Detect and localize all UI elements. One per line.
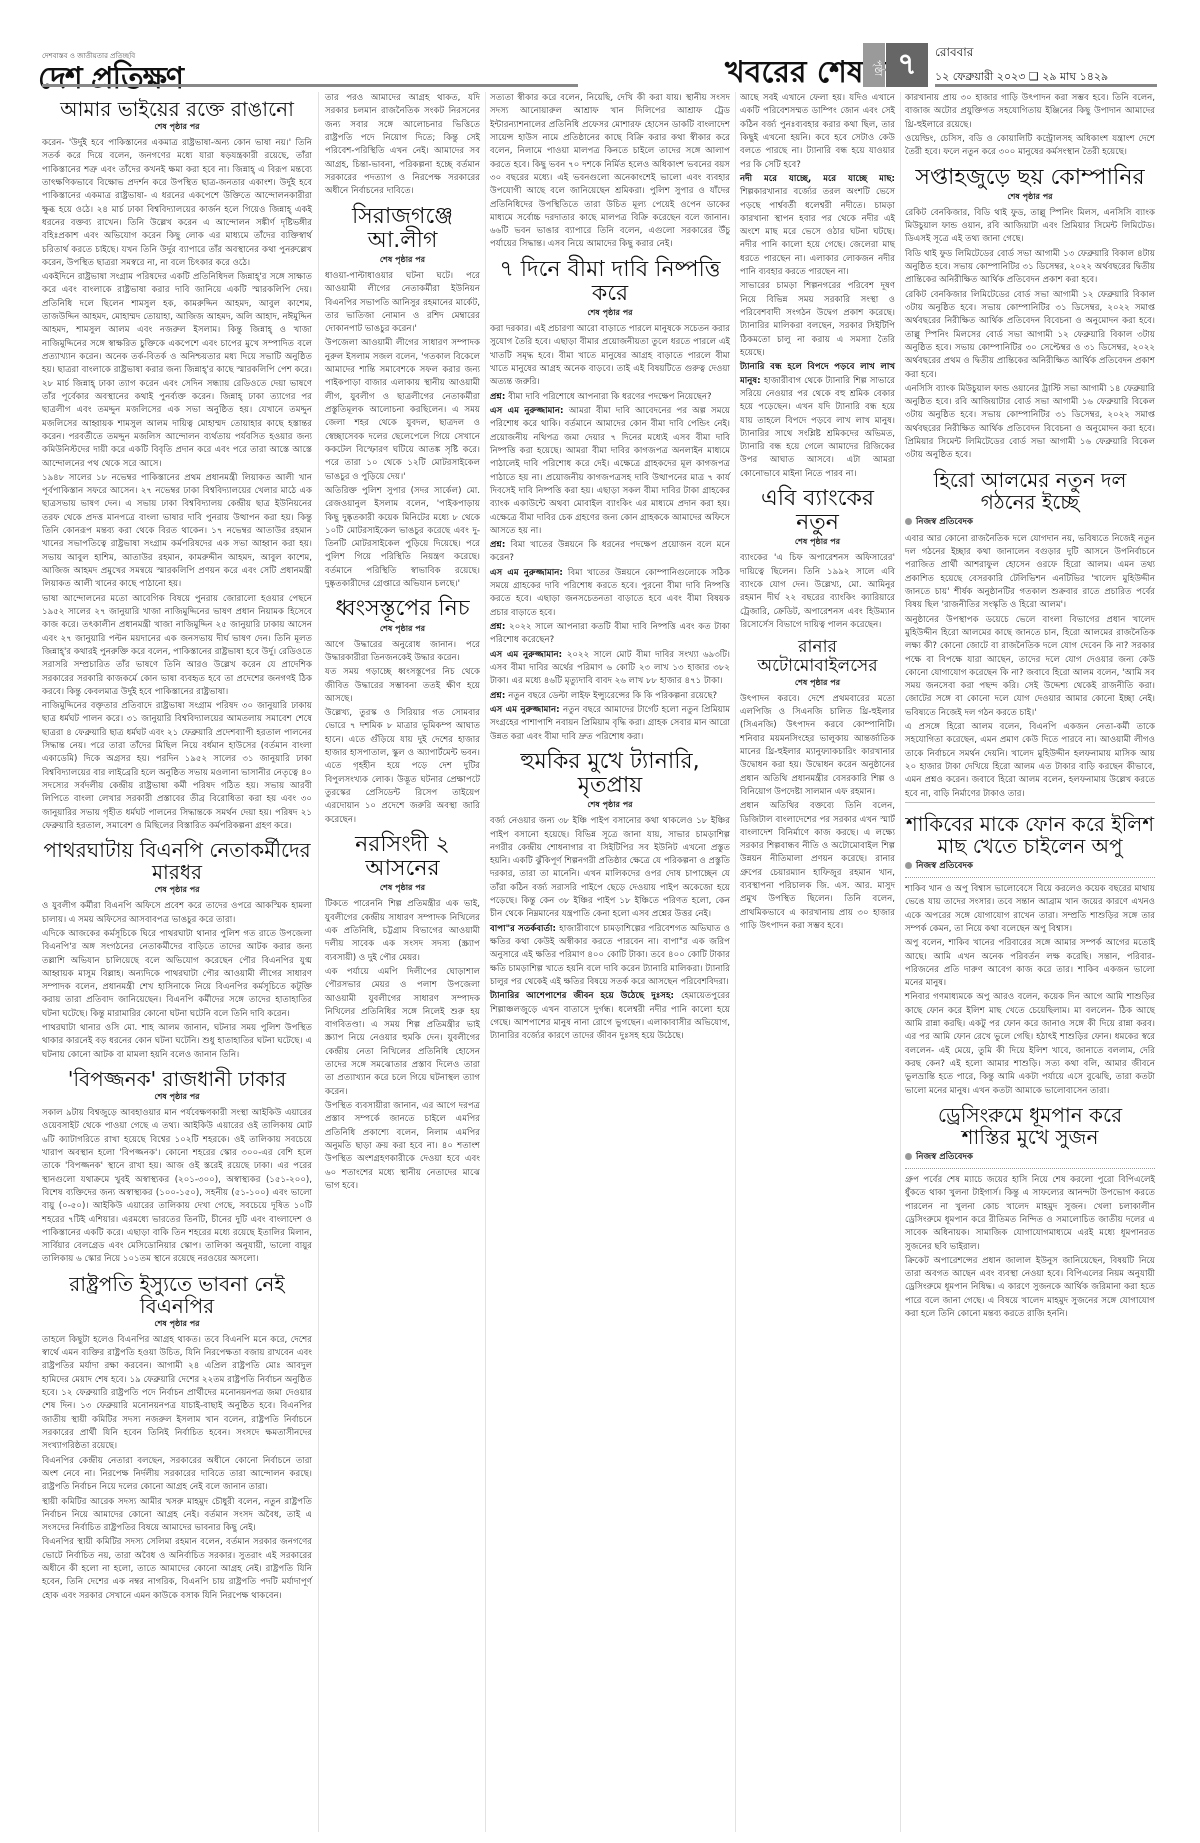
column-5: কারখানায় প্রায় ৩০ হাজার গাড়ি উৎপাদন ক… <box>905 92 1155 1322</box>
paragraph: বিডি থাই ফুড লিমিটেডের বোর্ড সভা আগামী ১… <box>905 248 1155 288</box>
article-body: গ্রুপ পর্বের শেষ ম্যাচে জয়ের হাসি নিয়ে… <box>905 1174 1155 1321</box>
paragraph: বিএনপির স্থায়ী কমিটির সদস্য সেলিমা রহমা… <box>42 1536 312 1603</box>
column-divider <box>318 92 319 1832</box>
paragraph: এস এম নুরুজ্জামান: ২০২২ সালে মোট বীমা দা… <box>490 649 730 689</box>
continued-label: শেষ পৃষ্ঠার পর <box>42 121 312 134</box>
paragraph: শনিবার গণমাধ্যমকে অপু আরও বলেন, কয়েক দি… <box>905 991 1155 1098</box>
paragraph: এক পর্যায়ে এমপি দিলীপের ঘোড়াশাল পৌরসভা… <box>325 966 480 1099</box>
byline: নিজস্ব প্রতিবেদক <box>905 859 1155 873</box>
headline[interactable]: ধ্বংসস্তূপের নিচ <box>325 597 480 621</box>
paragraph: অনুষ্ঠানের উপস্থাপক ডয়েচে ভেলে বাংলা বি… <box>905 614 1155 721</box>
article-body: সত্যতা স্বীকার করে বলেন, নিয়েছি, দেখি ক… <box>490 92 730 252</box>
byline: নিজস্ব প্রতিবেদক <box>905 1150 1155 1164</box>
headline[interactable]: সপ্তাহজুড়ে ছয় কোম্পানির <box>905 166 1155 190</box>
paragraph: পাথরঘাটা থানার ওসি মো. শাহ আলম জানান, ঘট… <box>42 1022 312 1062</box>
column-3: সত্যতা স্বীকার করে বলেন, নিয়েছি, দেখি ক… <box>490 92 730 1045</box>
paragraph: একইদিনে রাষ্ট্রভাষা সংগ্রাম পরিষদের একটি… <box>42 271 312 471</box>
headline[interactable]: হিরো আলমের নতুন দল গঠনের ইচ্ছে <box>905 469 1155 513</box>
paragraph: প্রশ্ন: বিমা খাতের উন্নয়নে কি ধরনের পদক… <box>490 539 730 566</box>
column-divider <box>900 92 901 1832</box>
paragraph: আছে সবই এখানে ফেলা হয়। যদিও এখানে একটি … <box>740 92 895 172</box>
masthead: দেশবাস্তব ও জাতীয়তার প্রতিচ্ছবি দেশ প্র… <box>0 0 1200 86</box>
article-patharghata: পাথরঘাটায় বিএনপি নেতাকর্মীদের মারধর শেষ… <box>42 839 312 1062</box>
headline[interactable]: ড্রেসিংরুমে ধূমপান করে শাস্তির মুখে সুজন <box>905 1104 1155 1148</box>
paragraph: করা দরকার। এই প্রচারণা আরো বাড়াতে পারলে… <box>490 323 730 390</box>
headline[interactable]: রাষ্ট্রপতি ইস্যুতে ভাবনা নেই বিএনপির <box>42 1273 312 1317</box>
continued-label: শেষ পৃষ্ঠার পর <box>905 191 1155 204</box>
article-body: তার পরও আমাদের আগ্রহ থাকত, যদি সরকার চলম… <box>325 92 480 199</box>
headline[interactable]: সিরাজগঞ্জে আ.লীগ <box>325 205 480 253</box>
article-body: বর্জ্য নেওয়ার জন্য ৩৮ ইঞ্চি পাইপ বসানোর… <box>490 815 730 1043</box>
article-bipojjonok: 'বিপজ্জনক' রাজধানী ঢাকার শেষ পৃষ্ঠার পর … <box>42 1068 312 1267</box>
paragraph: গ্রুপ পর্বের শেষ ম্যাচে জয়ের হাসি নিয়ে… <box>905 1174 1155 1254</box>
paragraph: এস এম নুরুজ্জামান: আমরা বীমা দাবি আবেদনে… <box>490 405 730 538</box>
page-label: পৃষ্ঠা <box>863 43 885 87</box>
article-body: ব্যাংকের 'এ চিফ অপারেশনস অফিসারের' দায়ি… <box>740 552 895 632</box>
paragraph: শাকিব খান ও অপু বিশ্বাস ভালোবেসে বিয়ে ক… <box>905 883 1155 936</box>
article-body: শাকিব খান ও অপু বিশ্বাস ভালোবেসে বিয়ে ক… <box>905 883 1155 1098</box>
paragraph: আগে উদ্ধারের অনুরোধ জানান। পরে উদ্ধারকার… <box>325 639 480 666</box>
headline[interactable]: 'বিপজ্জনক' রাজধানী ঢাকার <box>42 1068 312 1090</box>
paragraph: কারখানায় প্রায় ৩০ হাজার গাড়ি উৎপাদন ক… <box>905 92 1155 132</box>
article-body: তাহলে কিছুটা হলেও বিএনপির আগ্রহ থাকত। তব… <box>42 1334 312 1603</box>
continued-label: শেষ পৃষ্ঠার পর <box>490 799 730 812</box>
byline-text: নিজস্ব প্রতিবেদক <box>916 1152 973 1162</box>
paragraph: স্থায়ী কমিটির আরেক সদস্য আমীর খসরু মাহম… <box>42 1496 312 1536</box>
byline-text: নিজস্ব প্রতিবেদক <box>916 861 973 871</box>
article-body: আছে সবই এখানে ফেলা হয়। যদিও এখানে একটি … <box>740 92 895 481</box>
headline[interactable]: ৭ দিনে বীমা দাবি নিষ্পত্তি করে <box>490 258 730 306</box>
continued-label: শেষ পৃষ্ঠার পর <box>740 536 895 549</box>
headline[interactable]: শাকিবের মাকে ফোন করে ইলিশ মাছ খেতে চাইলে… <box>905 813 1155 857</box>
article-hero-alom: হিরো আলমের নতুন দল গঠনের ইচ্ছে নিজস্ব প্… <box>905 469 1155 801</box>
paragraph: রেকিট বেনকিজার, বিডি থাই ফুড, তাল্লু স্প… <box>905 207 1155 247</box>
article-narsingdi: নরসিংদী ২ আসনের শেষ পৃষ্ঠার পর টিকতে পার… <box>325 833 480 1193</box>
headline[interactable]: এবি ব্যাংকের নতুন <box>740 487 895 535</box>
continued-label: শেষ পৃষ্ঠার পর <box>42 1091 312 1104</box>
column-divider <box>735 92 736 1832</box>
continued-label: শেষ পৃষ্ঠার পর <box>325 623 480 636</box>
article-bima: ৭ দিনে বীমা দাবি নিষ্পত্তি করে শেষ পৃষ্ঠ… <box>490 258 730 744</box>
article-soptahjure: সপ্তাহজুড়ে ছয় কোম্পানির শেষ পৃষ্ঠার পর… <box>905 166 1155 463</box>
column-2: তার পরও আমাদের আগ্রহ থাকত, যদি সরকার চলম… <box>325 92 480 1194</box>
byline-text: নিজস্ব প্রতিবেদক <box>916 517 973 527</box>
paragraph: টিকতে পারেননি শিল্প প্রতিমন্ত্রীর এক ভাই… <box>325 898 480 965</box>
column-1: আমার ভাইয়ের রক্তে রাঙানো শেষ পৃষ্ঠার পর… <box>42 92 312 1604</box>
paragraph: অতিরিক্ত পুলিশ সুপার (সদর সার্কেল) মো. র… <box>325 485 480 592</box>
continued-label: শেষ পৃষ্ঠার পর <box>42 1318 312 1331</box>
article-body: সকাল ৯টায় বিশ্বজুড়ে আবহাওয়ার মান পর্য… <box>42 1107 312 1267</box>
paragraph: তাহলে কিছুটা হলেও বিএনপির আগ্রহ থাকত। তব… <box>42 1334 312 1454</box>
article-shakib: শাকিবের মাকে ফোন করে ইলিশ মাছ খেতে চাইলে… <box>905 802 1155 1098</box>
article-body: কারখানায় প্রায় ৩০ হাজার গাড়ি উৎপাদন ক… <box>905 92 1155 160</box>
paragraph: বিএনপির কেন্দ্রীয় নেতারা বলছেন, সরকারের… <box>42 1455 312 1495</box>
article-body: ও যুবলীগ কর্মীরা বিএনপি অফিসে প্রবেশ করে… <box>42 900 312 1062</box>
paragraph: উপস্থিত ব্যবসায়ীরা জানান, এর আগে দরপত্র… <box>325 1100 480 1193</box>
paragraph: এস এম নুরুজ্জামান: নতুন বছরে আমাদের টার্… <box>490 704 730 744</box>
paragraph: এবার আর কোনো রাজনৈতিক দলে যোগদান নয়, ভব… <box>905 533 1155 613</box>
article-hazaribag: হুমকির মুখে ট্যানারি, মৃতপ্রায় শেষ পৃষ্… <box>490 750 730 1044</box>
paragraph: প্রধান অতিথির বক্তব্যে তিনি বলেন, ডিজিটা… <box>740 800 895 933</box>
continued-label: শেষ পৃষ্ঠার পর <box>740 677 895 690</box>
article-dhongsostup: ধ্বংসস্তূপের নিচ শেষ পৃষ্ঠার পর আগে উদ্ধ… <box>325 597 480 827</box>
paragraph: প্রশ্ন: নতুন বছরে ডেল্টা লাইফ ইন্স্যুরেন… <box>490 690 730 703</box>
paragraph: ১৯৪৮ সালের ১৮ নভেম্বর পাকিস্তানের প্রথম … <box>42 472 312 592</box>
headline[interactable]: নরসিংদী ২ আসনের <box>325 833 480 881</box>
paragraph: উৎপাদন করবে। দেশে প্রথমবারের মতো এলপিজি … <box>740 693 895 800</box>
paragraph: ক্রিকেট অপারেশন্সের প্রধান জালাল ইউনুস জ… <box>905 1255 1155 1322</box>
paragraph: উল্লেখ্য, তুরস্ক ও সিরিয়ার গত সোমবার ভো… <box>325 707 480 827</box>
bullet-icon <box>905 518 912 525</box>
paragraph: সাভারের চামড়া শিল্পনগরের পরিবেশ দূষণ নি… <box>740 280 895 360</box>
continued-label: শেষ পৃষ্ঠার পর <box>42 884 312 897</box>
paragraph: যত সময় গড়াচ্ছে ধ্বংসস্তূপের নিচ থেকে জ… <box>325 666 480 706</box>
article-ab-bank: এবি ব্যাংকের নতুন শেষ পৃষ্ঠার পর ব্যাংকে… <box>740 487 895 632</box>
paragraph: সত্যতা স্বীকার করে বলেন, নিয়েছি, দেখি ক… <box>490 92 730 252</box>
continued-label: শেষ পৃষ্ঠার পর <box>490 307 730 320</box>
paragraph: রেকিট বেনকিজার লিমিটেডের বোর্ড সভা আগামী… <box>905 289 1155 382</box>
headline[interactable]: পাথরঘাটায় বিএনপি নেতাকর্মীদের মারধর <box>42 839 312 883</box>
article-body: ধাওয়া-পাল্টাধাওয়ার ঘটনা ঘটে। পরে আওয়া… <box>325 270 480 592</box>
paragraph: উপজেলা আওয়ামী লীগের সাধারণ সম্পাদক নুরু… <box>325 337 480 483</box>
paragraph: বাপা"র সতর্কবার্তা: হাজারীবাগে চামড়াশিল… <box>490 923 730 990</box>
bullet-icon <box>905 862 912 869</box>
article-rashtrapati: রাষ্ট্রপতি ইস্যুতে ভাবনা নেই বিএনপির শেষ… <box>42 1273 312 1603</box>
masthead-rule-right <box>935 84 1157 87</box>
paragraph: বর্জ্য নেওয়ার জন্য ৩৮ ইঞ্চি পাইপ বসানোর… <box>490 815 730 922</box>
article-body: টিকতে পারেননি শিল্প প্রতিমন্ত্রীর এক ভাই… <box>325 898 480 1193</box>
paragraph: নদী মরে যাচ্ছে, মরে যাচ্ছে মাছ: শিল্পকার… <box>740 173 895 280</box>
paragraph: ধাওয়া-পাল্টাধাওয়ার ঘটনা ঘটে। পরে আওয়া… <box>325 270 480 337</box>
article-amar-bhai: আমার ভাইয়ের রক্তে রাঙানো শেষ পৃষ্ঠার পর… <box>42 98 312 833</box>
masthead-rule <box>42 84 578 87</box>
headline[interactable]: হুমকির মুখে ট্যানারি, মৃতপ্রায় <box>490 750 730 798</box>
paragraph: ভাষা আন্দোলনের মতো আবেগিক বিষয়ে পুনরায়… <box>42 593 312 700</box>
article-body: করা দরকার। এই প্রচারণা আরো বাড়াতে পারলে… <box>490 323 730 744</box>
byline: নিজস্ব প্রতিবেদক <box>905 515 1155 529</box>
paragraph: প্রশ্ন: বীমা দাবি পরিশোধে আপনারা কি ধরণে… <box>490 391 730 404</box>
column-4: আছে সবই এখানে ফেলা হয়। যদিও এখানে একটি … <box>740 92 895 934</box>
headline[interactable]: রানার অটোমোবাইলসের <box>740 638 895 675</box>
page-number: ৭ <box>886 43 928 87</box>
paragraph: প্রশ্ন: ২০২২ সালে আপনারা কতটি বীমা দাবি … <box>490 621 730 648</box>
dotted-divider <box>905 877 1155 878</box>
date-day: রোববার <box>935 44 973 64</box>
paragraph: তার পরও আমাদের আগ্রহ থাকত, যদি সরকার চলম… <box>325 92 480 199</box>
headline-line-1: ড্রেসিংরুমে ধূমপান করে <box>938 1103 1122 1127</box>
column-divider <box>485 92 486 1832</box>
paragraph: করেন- 'উর্দুই হবে পাকিস্তানের একমাত্র রা… <box>42 137 312 270</box>
paragraph: নাজিমুদ্দিনের বক্তৃতার প্রতিবাদে রাষ্ট্র… <box>42 700 312 833</box>
continued-label: শেষ পৃষ্ঠার পর <box>325 254 480 267</box>
continued-label: শেষ পৃষ্ঠার পর <box>325 882 480 895</box>
article-body: উৎপাদন করবে। দেশে প্রথমবারের মতো এলপিজি … <box>740 693 895 934</box>
article-rana-auto: রানার অটোমোবাইলসের শেষ পৃষ্ঠার পর উৎপাদন… <box>740 638 895 933</box>
bullet-icon <box>905 1153 912 1160</box>
paragraph: ওয়েল্ডিং, চেসিস, বডি ও কোয়ালিটি কন্ট্র… <box>905 133 1155 160</box>
paragraph: ও যুবলীগ কর্মীরা বিএনপি অফিসে প্রবেশ করে… <box>42 900 312 927</box>
paragraph: এ প্রসঙ্গে হিরো আলম বলেন, বিএনপি একজন নে… <box>905 721 1155 801</box>
headline-line-2: শাস্তির মুখে সুজন <box>962 1125 1099 1149</box>
paragraph: সকাল ৯টায় বিশ্বজুড়ে আবহাওয়ার মান পর্য… <box>42 1107 312 1267</box>
article-sirajganj: সিরাজগঞ্জে আ.লীগ শেষ পৃষ্ঠার পর ধাওয়া-প… <box>325 205 480 592</box>
paragraph: ব্যাংকের 'এ চিফ অপারেশনস অফিসারের' দায়ি… <box>740 552 895 632</box>
article-sujon: ড্রেসিংরুমে ধূমপান করে শাস্তির মুখে সুজন… <box>905 1104 1155 1321</box>
paragraph: এদিকে আজকের কর্মসূচিকে ঘিরে পাথরঘাটা থান… <box>42 928 312 1021</box>
headline[interactable]: আমার ভাইয়ের রক্তে রাঙানো <box>42 98 312 120</box>
paragraph: ট্যানারির আশেপাশের জীবন হয়ে উঠেছে দুঃসহ… <box>490 990 730 1043</box>
article-body: করেন- 'উর্দুই হবে পাকিস্তানের একমাত্র রা… <box>42 137 312 833</box>
paragraph: ট্যানারি বন্ধ হলে বিপদে পড়বে লাখ লাখ মা… <box>740 361 895 481</box>
article-body: আগে উদ্ধারের অনুরোধ জানান। পরে উদ্ধারকার… <box>325 639 480 827</box>
paragraph: এনসিসি ব্যাংক মিউচুয়াল ফান্ড ওয়ানের ট্… <box>905 383 1155 463</box>
paragraph: অপু বলেন, শাকিব খানের পরিবারের সঙ্গে আমা… <box>905 937 1155 990</box>
paragraph: এস এম নুরুজ্জামান: বিমা খাতের উন্নয়নে ক… <box>490 567 730 620</box>
article-body: এবার আর কোনো রাজনৈতিক দলে যোগদান নয়, ভব… <box>905 533 1155 801</box>
article-body: রেকিট বেনকিজার, বিডি থাই ফুড, তাল্লু স্প… <box>905 207 1155 463</box>
dotted-divider <box>905 1168 1155 1169</box>
